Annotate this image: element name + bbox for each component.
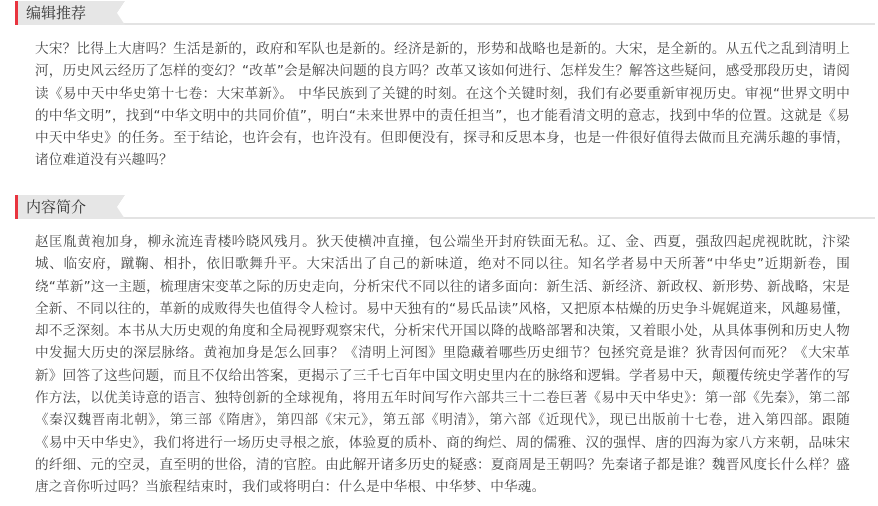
content-summary-section: 内容简介 赵匡胤黄袍加身，柳永流连青楼吟晓风残月。狄天使横冲直撞，包公端坐开封府… xyxy=(0,194,878,499)
tab-slant-decoration xyxy=(109,1,125,25)
section-header: 内容简介 xyxy=(15,194,875,219)
section-title: 内容简介 xyxy=(26,197,86,217)
section-title: 编辑推荐 xyxy=(26,3,86,23)
header-tab: 编辑推荐 xyxy=(15,1,109,25)
section-header: 编辑推荐 xyxy=(15,0,875,25)
header-underline xyxy=(15,23,875,25)
section-body-text: 大宋？比得上大唐吗？生活是新的，政府和军队也是新的。经济是新的，形势和战略也是新… xyxy=(0,38,878,172)
header-tab: 内容简介 xyxy=(15,195,109,219)
header-underline xyxy=(15,217,875,219)
tab-slant-decoration xyxy=(109,195,125,219)
editor-recommendation-section: 编辑推荐 大宋？比得上大唐吗？生活是新的，政府和军队也是新的。经济是新的，形势和… xyxy=(0,0,878,172)
section-body-text: 赵匡胤黄袍加身，柳永流连青楼吟晓风残月。狄天使横冲直撞，包公端坐开封府铁面无私。… xyxy=(0,231,878,499)
